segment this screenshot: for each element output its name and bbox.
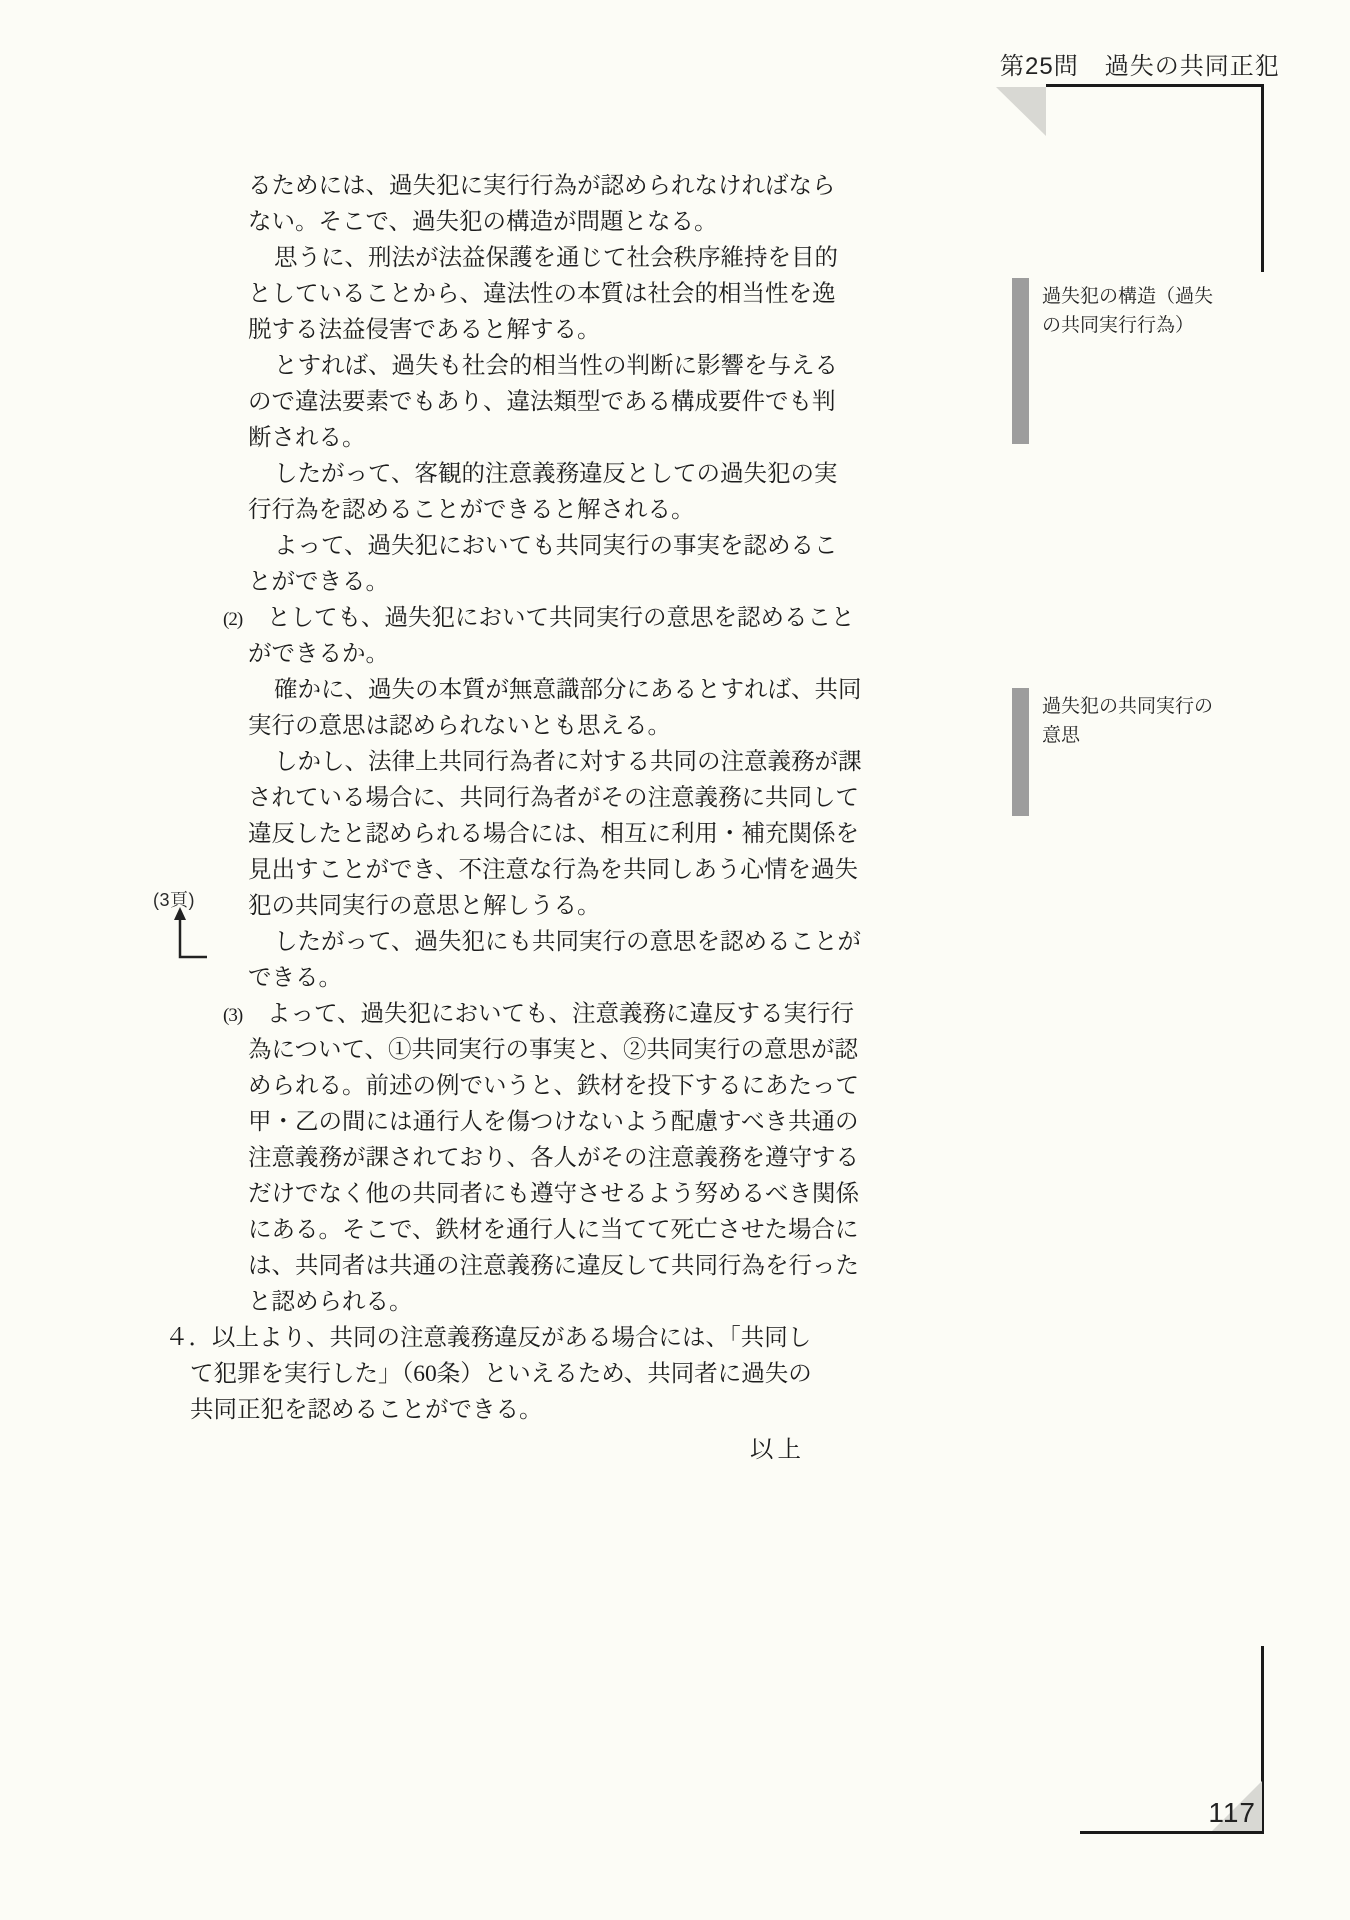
answer-line-text: したがって、過失犯にも共同実行の意思を認めることが bbox=[274, 929, 861, 955]
answer-line: だけでなく他の共同者にも遵守させるよう努めるべき関係 bbox=[165, 1176, 885, 1212]
answer-line-text: とすれば、過失も社会的相当性の判断に影響を与える bbox=[274, 353, 838, 379]
answer-line: 共同正犯を認めることができる。 bbox=[165, 1392, 885, 1428]
answer-line: 違反したと認められる場合には、相互に利用・補充関係を bbox=[165, 816, 885, 852]
answer-line: 注意義務が課されており、各人がその注意義務を遵守する bbox=[165, 1140, 885, 1176]
answer-line: 実行の意思は認められないとも思える。 bbox=[165, 708, 885, 744]
answer-line-text: だけでなく他の共同者にも遵守させるよう努めるべき関係 bbox=[248, 1181, 859, 1207]
answer-line: (3)よって、過失犯においても、注意義務に違反する実行行 bbox=[165, 996, 885, 1032]
answer-line: は、共同者は共通の注意義務に違反して共同行為を行った bbox=[165, 1248, 885, 1284]
answer-line: (2)としても、過失犯において共同実行の意思を認めること bbox=[165, 600, 885, 636]
answer-text: るためには、過失犯に実行行為が認められなければならない。そこで、過失犯の構造が問… bbox=[165, 168, 885, 1428]
answer-line: にある。そこで、鉄材を通行人に当てて死亡させた場合に bbox=[165, 1212, 885, 1248]
answer-line: 為について、①共同実行の事実と、②共同実行の意思が認 bbox=[165, 1032, 885, 1068]
page-reference-arrow-icon bbox=[160, 905, 220, 963]
answer-line-text: ができるか。 bbox=[248, 641, 389, 667]
answer-line-text: よって、過失犯においても共同実行の事実を認めるこ bbox=[274, 533, 838, 559]
problem-number: 第25問 bbox=[1000, 46, 1079, 81]
closing-text: 以上 bbox=[165, 1430, 805, 1464]
answer-line-text: されている場合に、共同行為者がその注意義務に共同して bbox=[248, 785, 859, 811]
answer-line: められる。前述の例でいうと、鉄材を投下するにあたって bbox=[165, 1068, 885, 1104]
answer-line: と認められる。 bbox=[165, 1284, 885, 1320]
chapter-title: 過失の共同正犯 bbox=[1105, 46, 1280, 81]
answer-line: ４．以上より、共同の注意義務違反がある場合には、「共同し bbox=[165, 1320, 885, 1356]
answer-line: て犯罪を実行した」（60条）といえるため、共同者に過失の bbox=[165, 1356, 885, 1392]
answer-line-text: にある。そこで、鉄材を通行人に当てて死亡させた場合に bbox=[248, 1217, 859, 1243]
answer-line: 思うに、刑法が法益保護を通じて社会秩序維持を目的 bbox=[165, 240, 885, 276]
answer-line: 脱する法益侵害であると解する。 bbox=[165, 312, 885, 348]
item-number: ４． bbox=[165, 1325, 212, 1351]
answer-line: よって、過失犯においても共同実行の事実を認めるこ bbox=[165, 528, 885, 564]
answer-line: とすれば、過失も社会的相当性の判断に影響を与える bbox=[165, 348, 885, 384]
answer-line-text: 犯の共同実行の意思と解しうる。 bbox=[248, 893, 601, 919]
answer-line: ができるか。 bbox=[165, 636, 885, 672]
margin-note-text: 過失犯の共同実行の意思 bbox=[1042, 688, 1227, 816]
answer-line-text: 見出すことができ、不注意な行為を共同しあう心情を過失 bbox=[248, 857, 858, 883]
answer-line: したがって、客観的注意義務違反としての過失犯の実 bbox=[165, 456, 885, 492]
item-number: (2) bbox=[223, 602, 251, 638]
answer-line: 犯の共同実行の意思と解しうる。 bbox=[165, 888, 885, 924]
header-rule bbox=[1046, 84, 1264, 87]
answer-line-text: しかし、法律上共同行為者に対する共同の注意義務が課 bbox=[274, 749, 862, 775]
answer-line-text: とができる。 bbox=[248, 569, 389, 595]
answer-line-text: 実行の意思は認められないとも思える。 bbox=[248, 713, 671, 739]
answer-line: されている場合に、共同行為者がその注意義務に共同して bbox=[165, 780, 885, 816]
page-header: 第25問 過失の共同正犯 bbox=[1000, 46, 1280, 81]
item-number: (3) bbox=[223, 998, 251, 1034]
answer-line: とができる。 bbox=[165, 564, 885, 600]
answer-line-text: したがって、客観的注意義務違反としての過失犯の実 bbox=[274, 461, 838, 487]
answer-line-text: 断される。 bbox=[248, 425, 366, 451]
answer-line-text: 脱する法益侵害であると解する。 bbox=[248, 317, 601, 343]
answer-line-text: 確かに、過失の本質が無意識部分にあるとすれば、共同 bbox=[274, 677, 862, 703]
answer-line-text: て犯罪を実行した」（60条）といえるため、共同者に過失の bbox=[190, 1361, 812, 1387]
answer-line-text: 為について、①共同実行の事実と、②共同実行の意思が認 bbox=[248, 1037, 858, 1063]
margin-note: 過失犯の構造（過失の共同実行行為） bbox=[1012, 278, 1227, 444]
margin-note-bar bbox=[1012, 688, 1029, 816]
answer-line-text: としても、過失犯において共同実行の意思を認めること bbox=[267, 605, 855, 631]
answer-line: 断される。 bbox=[165, 420, 885, 456]
answer-line-text: できる。 bbox=[248, 965, 342, 991]
answer-line-text: としていることから、違法性の本質は社会的相当性を逸 bbox=[248, 281, 836, 307]
margin-note-text: 過失犯の構造（過失の共同実行行為） bbox=[1042, 278, 1227, 444]
answer-line-text: 思うに、刑法が法益保護を通じて社会秩序維持を目的 bbox=[274, 245, 838, 271]
answer-line-text: 共同正犯を認めることができる。 bbox=[190, 1397, 543, 1423]
answer-line-text: 以上より、共同の注意義務違反がある場合には、「共同し bbox=[212, 1325, 811, 1351]
answer-line-text: 行行為を認めることができると解される。 bbox=[248, 497, 695, 523]
page-number: 117 bbox=[1196, 1797, 1256, 1829]
answer-line-text: よって、過失犯においても、注意義務に違反する実行行 bbox=[267, 1001, 854, 1027]
answer-line-text: ない。そこで、過失犯の構造が問題となる。 bbox=[248, 209, 718, 235]
answer-line: 確かに、過失の本質が無意識部分にあるとすれば、共同 bbox=[165, 672, 885, 708]
answer-line: としていることから、違法性の本質は社会的相当性を逸 bbox=[165, 276, 885, 312]
answer-line: 見出すことができ、不注意な行為を共同しあう心情を過失 bbox=[165, 852, 885, 888]
margin-note-bar bbox=[1012, 278, 1029, 444]
answer-line: したがって、過失犯にも共同実行の意思を認めることが bbox=[165, 924, 885, 960]
answer-line-text: と認められる。 bbox=[248, 1289, 413, 1315]
footer-rule bbox=[1080, 1831, 1264, 1834]
answer-line: 甲・乙の間には通行人を傷つけないよう配慮すべき共通の bbox=[165, 1104, 885, 1140]
answer-line-text: は、共同者は共通の注意義務に違反して共同行為を行った bbox=[248, 1253, 859, 1279]
answer-line-text: 違反したと認められる場合には、相互に利用・補充関係を bbox=[248, 821, 859, 847]
answer-line: るためには、過失犯に実行行為が認められなければなら bbox=[165, 168, 885, 204]
answer-line-text: められる。前述の例でいうと、鉄材を投下するにあたって bbox=[248, 1073, 859, 1099]
answer-line-text: 注意義務が課されており、各人がその注意義務を遵守する bbox=[248, 1145, 859, 1171]
margin-note: 過失犯の共同実行の意思 bbox=[1012, 688, 1227, 816]
corner-fold-top bbox=[996, 87, 1046, 136]
answer-line: できる。 bbox=[165, 960, 885, 996]
answer-line-text: るためには、過失犯に実行行為が認められなければなら bbox=[248, 173, 836, 199]
answer-line-text: 甲・乙の間には通行人を傷つけないよう配慮すべき共通の bbox=[248, 1109, 859, 1135]
answer-line: しかし、法律上共同行為者に対する共同の注意義務が課 bbox=[165, 744, 885, 780]
answer-line: ので違法要素でもあり、違法類型である構成要件でも判 bbox=[165, 384, 885, 420]
answer-line: ない。そこで、過失犯の構造が問題となる。 bbox=[165, 204, 885, 240]
answer-line-text: ので違法要素でもあり、違法類型である構成要件でも判 bbox=[248, 389, 836, 415]
answer-line: 行行為を認めることができると解される。 bbox=[165, 492, 885, 528]
right-border-top bbox=[1261, 84, 1264, 272]
